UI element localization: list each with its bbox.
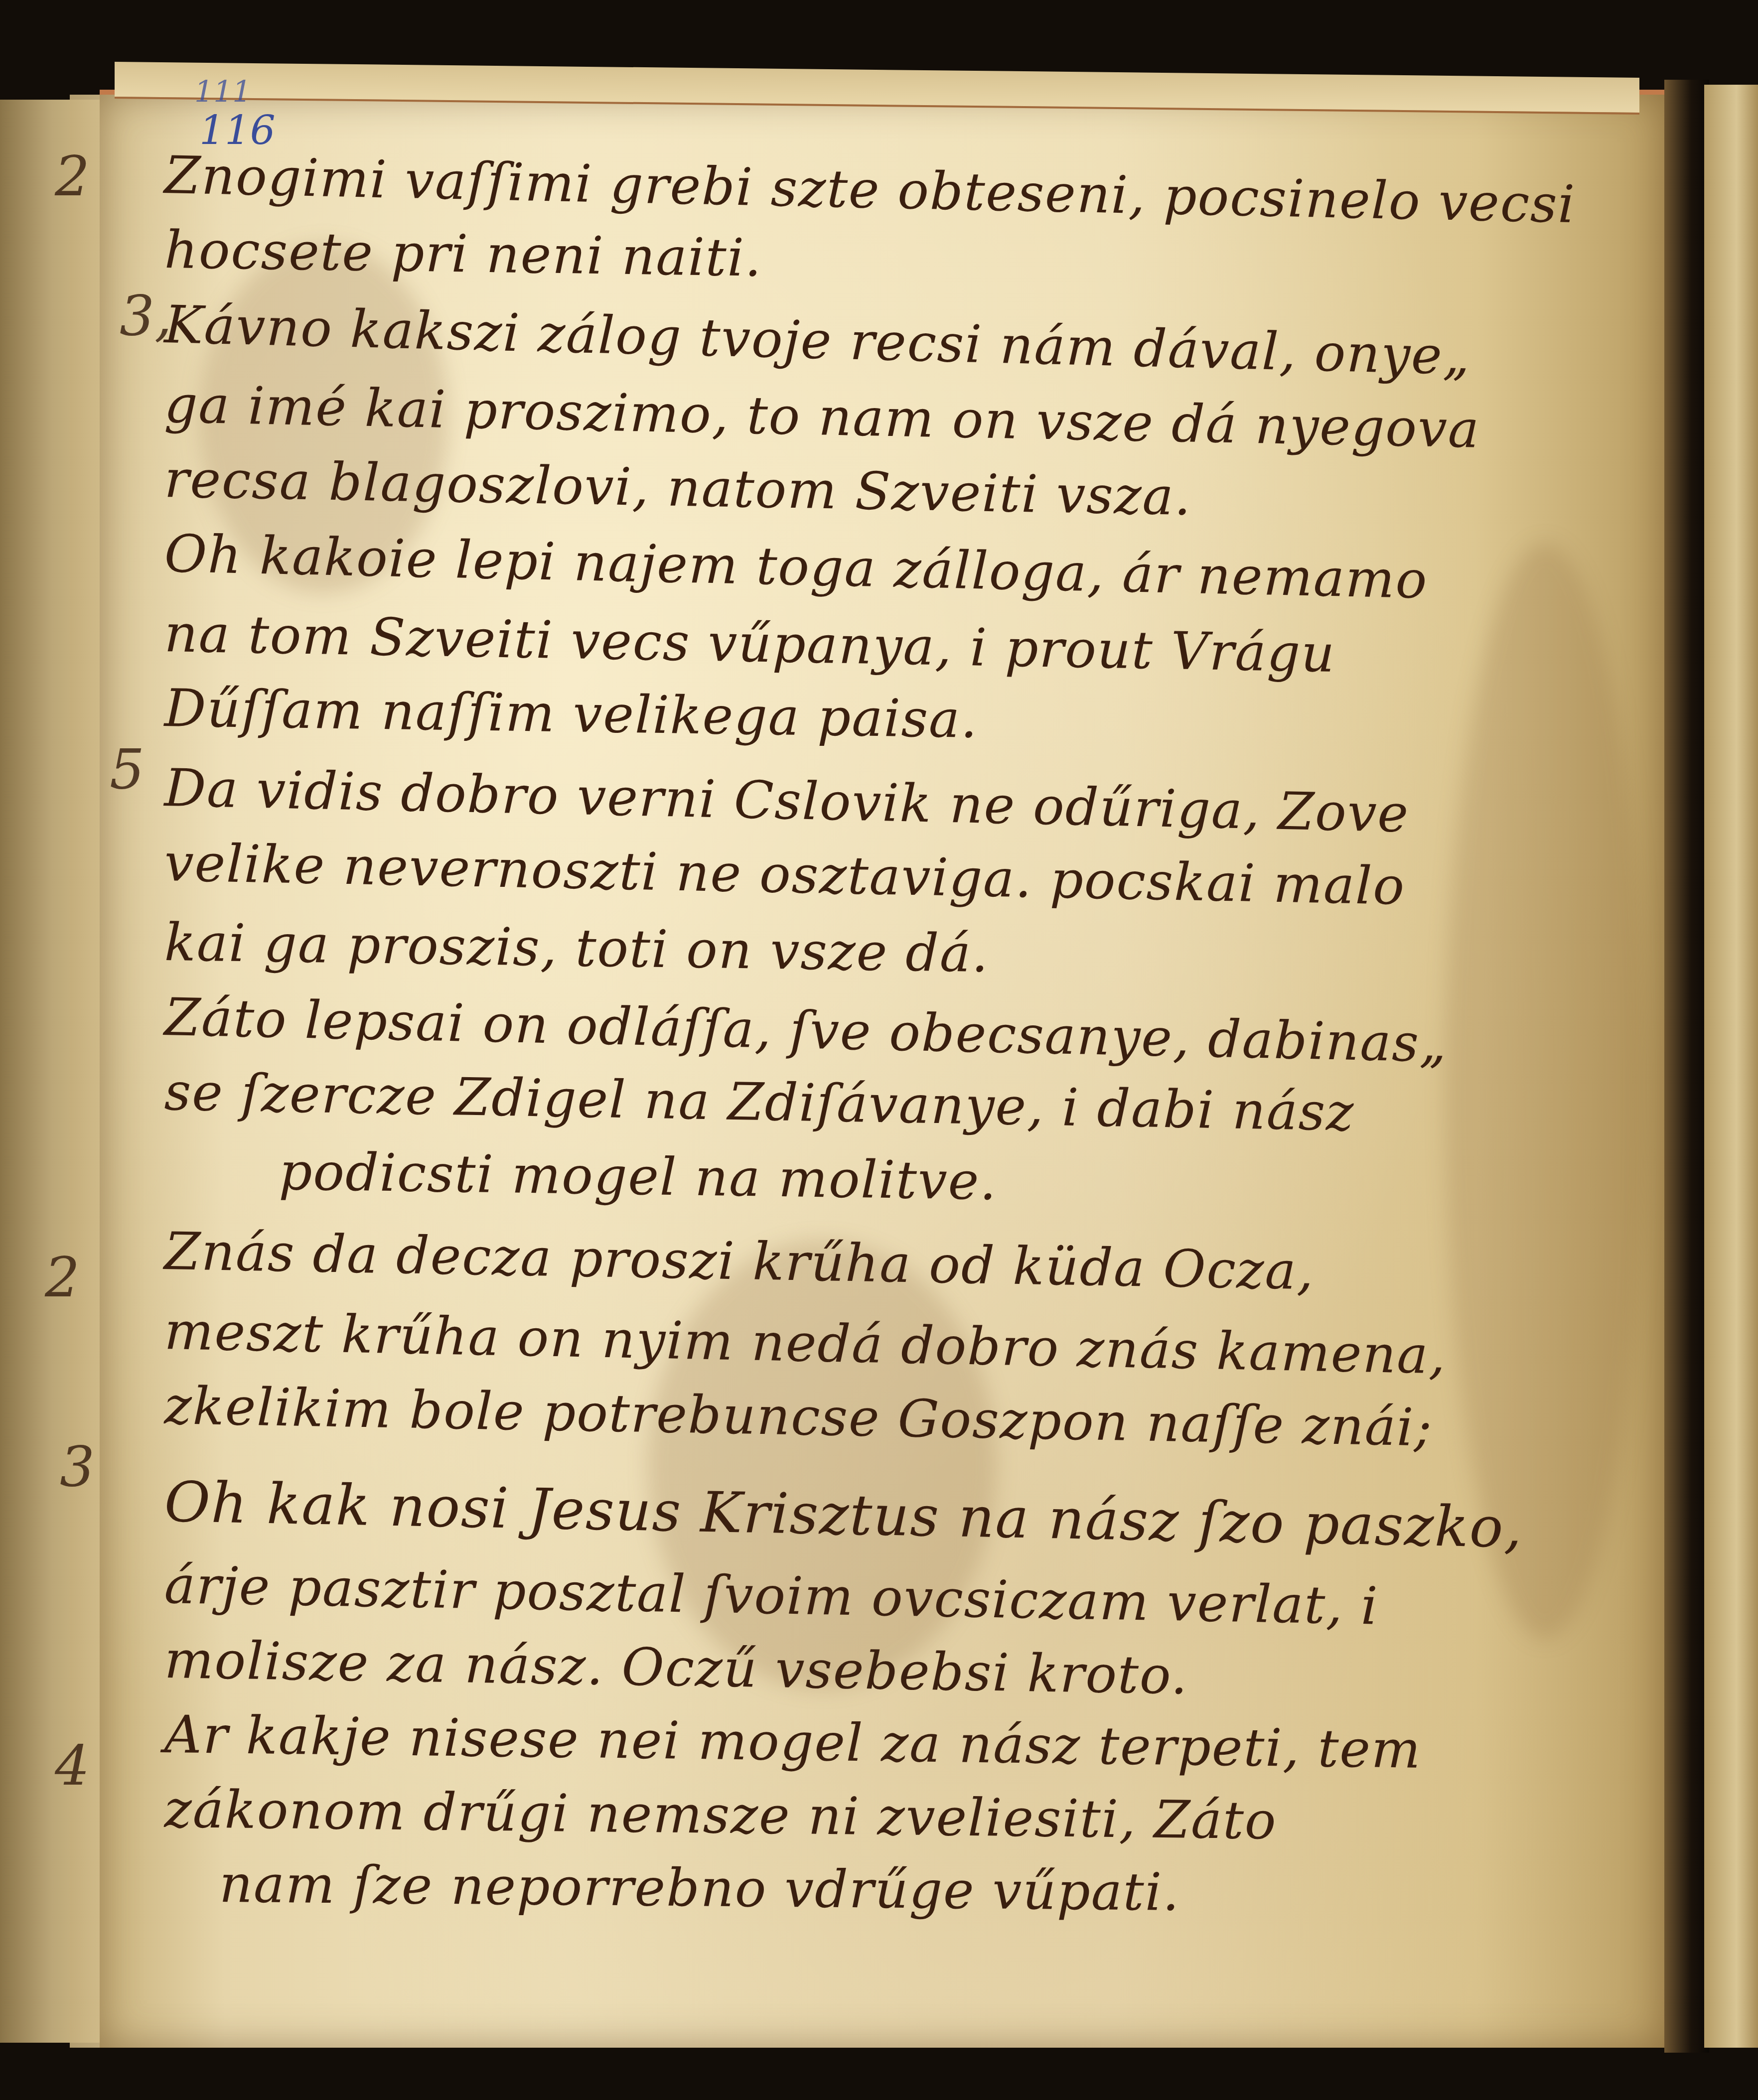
margin-numeral: 4 [55,1734,90,1798]
folio-number-old: 111 [194,75,252,110]
text-line-2: hocsete pri neni naiti. [164,219,763,288]
margin-numeral: 3 [60,1435,95,1499]
margin-numeral: 5 [110,737,145,801]
margin-numeral: 2 [45,1246,80,1309]
book-spine-gap [1664,80,1709,2053]
text-line-14: podicsti mogel na molitve. [279,1141,998,1212]
text-line-22: zákonom drűgi nemsze ni zveliesiti, Záto [164,1779,1277,1851]
margin-numeral: 2 [55,144,90,208]
next-page-edge [1704,85,1758,2048]
edge-discoloration [1445,543,1644,1639]
text-line-23: nam ſze neporrebno vdrűge vűpati. [219,1853,1180,1923]
text-line-11: kai ga proszis, toti on vsze dá. [164,912,990,984]
text-line-8: Dűſſam naſſim velikega paisa. [164,678,979,750]
